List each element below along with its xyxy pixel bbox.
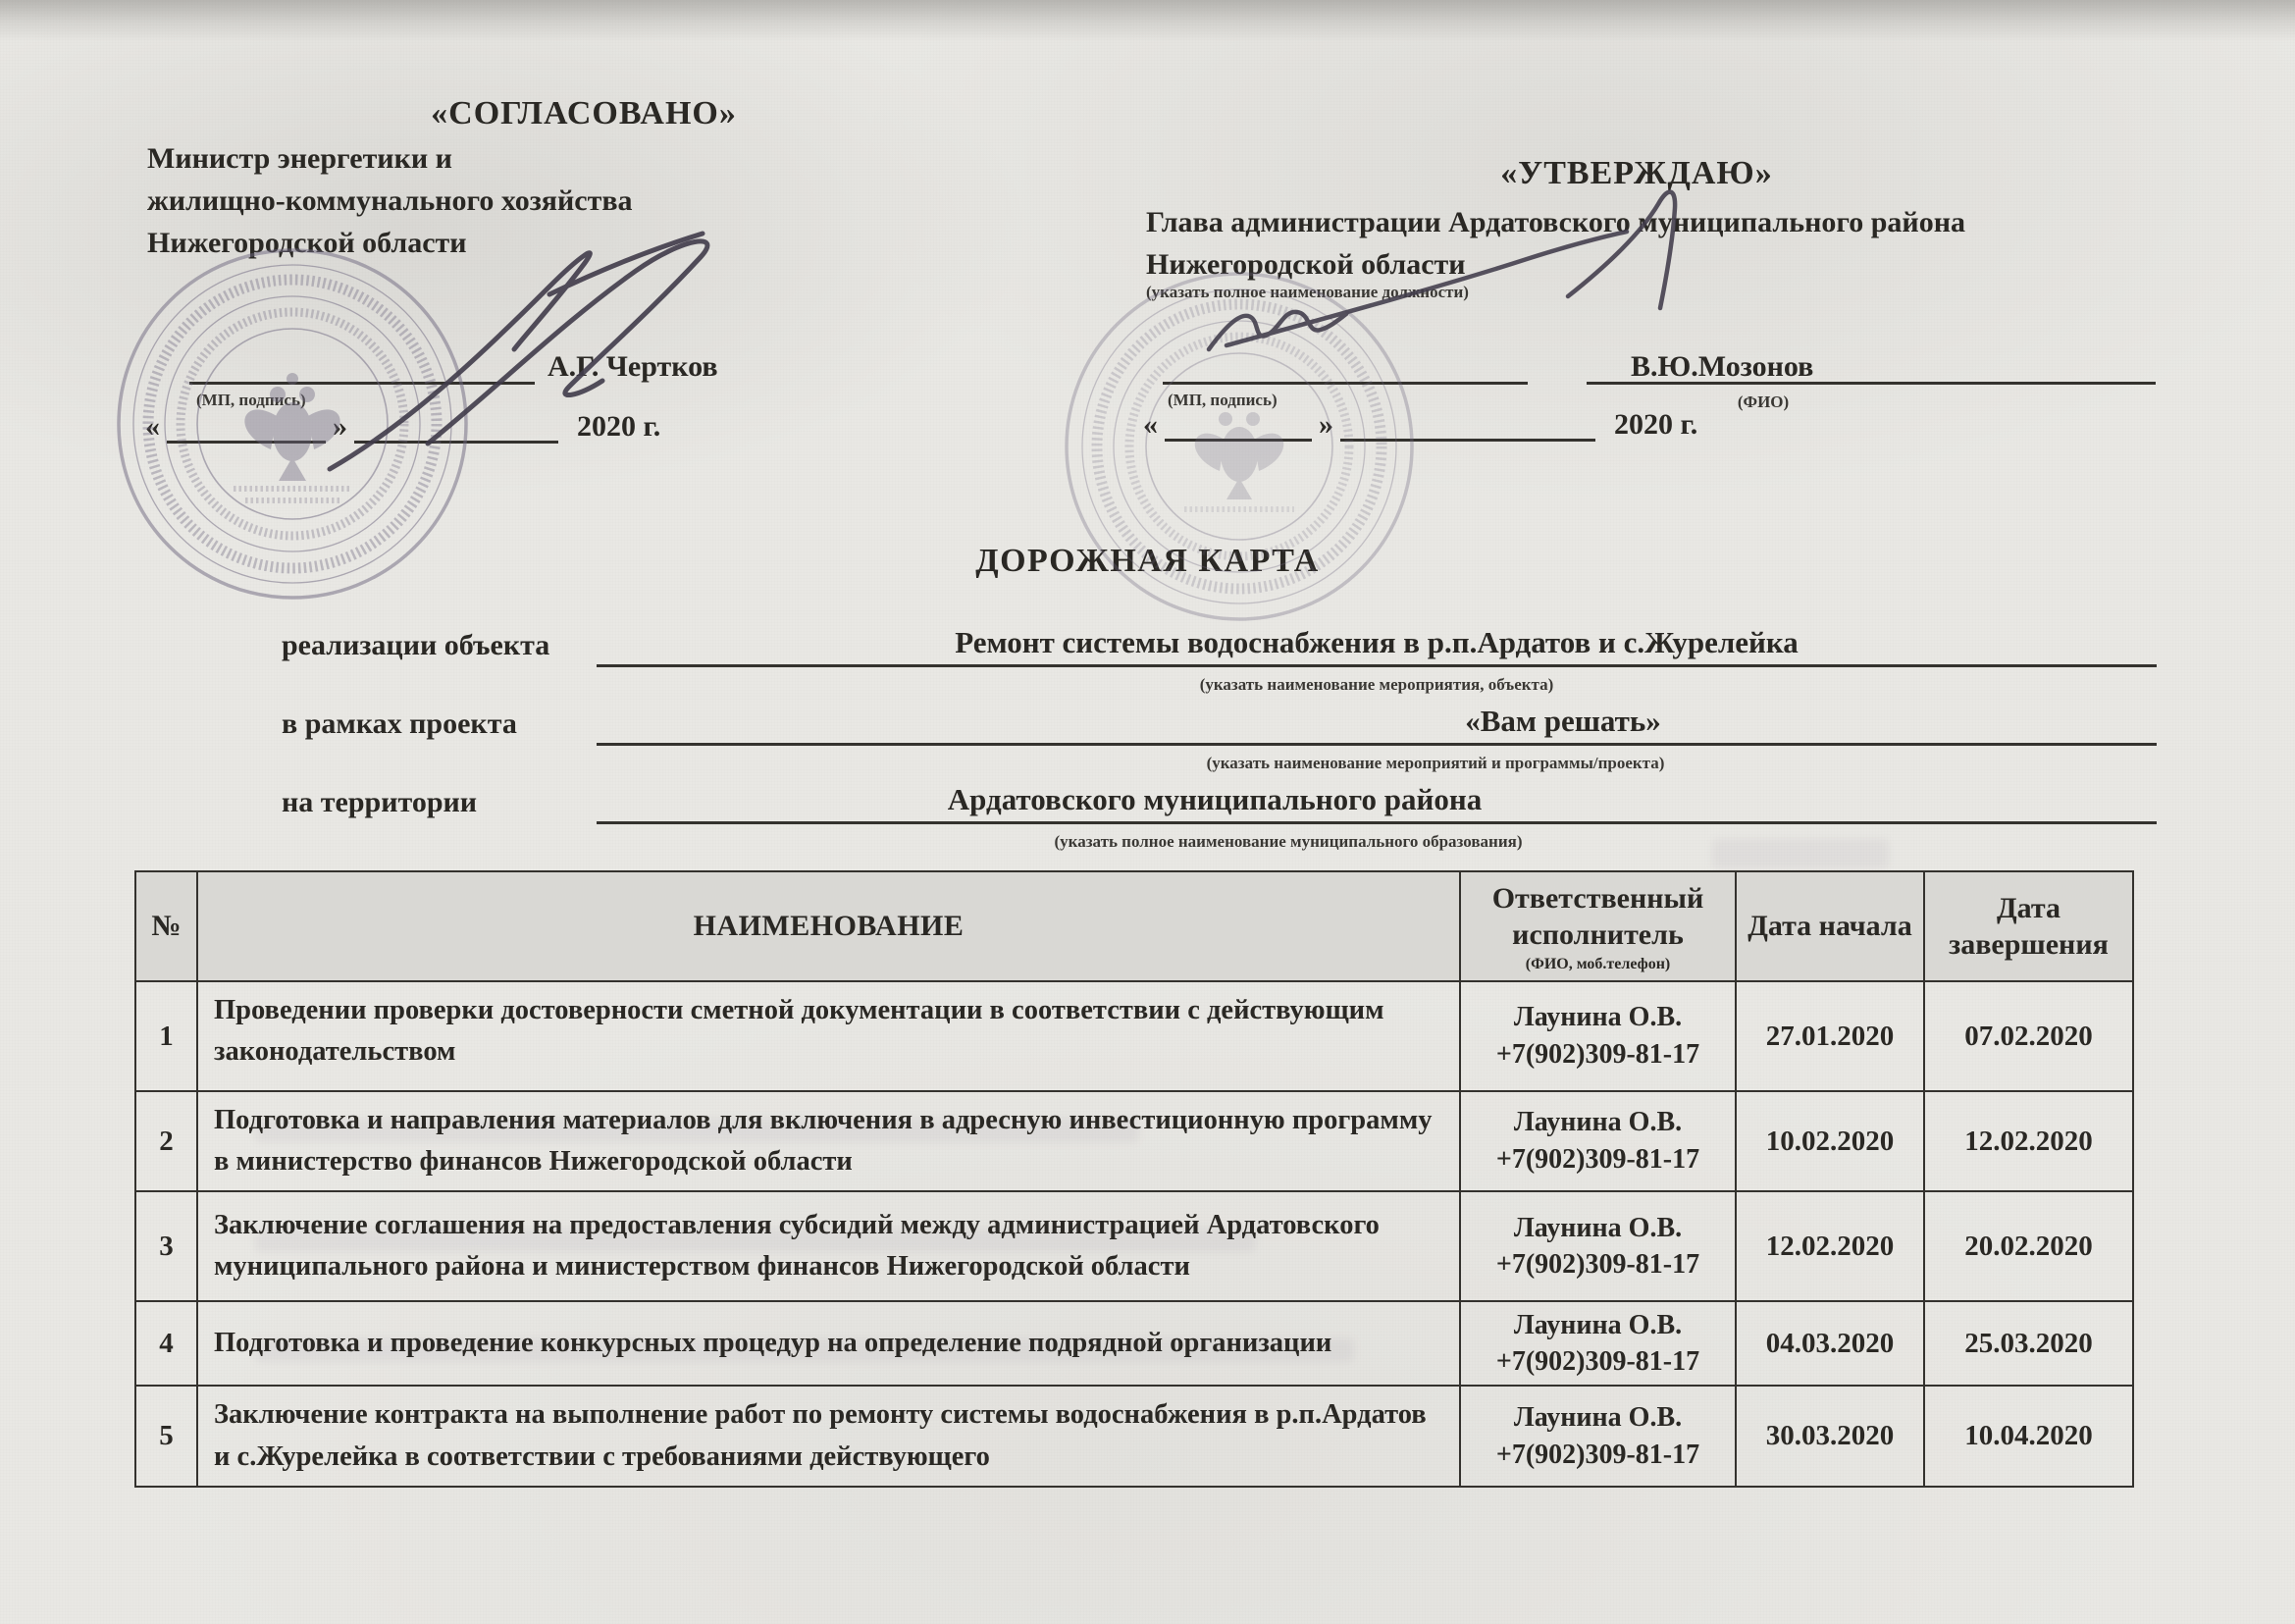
row-responsible: Лаунина О.В. +7(902)309-81-17 [1460, 1091, 1736, 1191]
blank-day-line [1165, 409, 1312, 442]
field-territory-label: на территории [282, 786, 477, 819]
responsible-name: Лаунина О.В. [1463, 1399, 1733, 1437]
responsible-phone: +7(902)309-81-17 [1463, 1141, 1733, 1179]
row-name: Подготовка и направления материалов для … [197, 1091, 1460, 1191]
scan-edge-artifact [0, 0, 2295, 41]
table-header-row: № НАИМЕНОВАНИЕ Ответственный исполнитель… [135, 871, 2133, 981]
col-header-num: № [135, 871, 197, 981]
year-label: 2020 г. [577, 410, 660, 443]
table-row: 4 Подготовка и проведение конкурсных про… [135, 1301, 2133, 1386]
row-start-date: 04.03.2020 [1736, 1301, 1924, 1386]
approval-right-header: «УТВЕРЖДАЮ» [1146, 155, 2127, 192]
responsible-phone: +7(902)309-81-17 [1463, 1437, 1733, 1474]
roadmap-table: № НАИМЕНОВАНИЕ Ответственный исполнитель… [134, 870, 2134, 1488]
row-start-date: 10.02.2020 [1736, 1091, 1924, 1191]
approval-left-signatory-name: А.Г. Чертков [548, 345, 718, 388]
approval-left-position-line1: Министр энергетики и [147, 137, 452, 180]
position-hint: (указать полное наименование должности) [1146, 283, 1469, 302]
responsible-phone: +7(902)309-81-17 [1463, 1036, 1733, 1074]
field-project-hint: (указать наименование мероприятий и прог… [597, 754, 2157, 773]
row-name: Заключение контракта на выполнение работ… [197, 1386, 1460, 1486]
row-num: 1 [135, 981, 197, 1091]
row-responsible: Лаунина О.В. +7(902)309-81-17 [1460, 1386, 1736, 1486]
table-row: 5 Заключение контракта на выполнение раб… [135, 1386, 2133, 1486]
scanned-document-page: «СОГЛАСОВАНО» Министр энергетики и жилищ… [0, 0, 2295, 1624]
col-header-responsible: Ответственный исполнитель (ФИО, моб.теле… [1460, 871, 1736, 981]
row-num: 5 [135, 1386, 197, 1486]
row-num: 4 [135, 1301, 197, 1386]
table-row: 1 Проведении проверки достоверности смет… [135, 981, 2133, 1091]
responsible-name: Лаунина О.В. [1463, 999, 1733, 1036]
col-header-end-date: Дата завершения [1924, 871, 2133, 981]
quote-close: » [1319, 408, 1333, 441]
field-project-line [597, 743, 2157, 746]
signature-line [1163, 382, 1528, 385]
blank-month-line [354, 411, 558, 444]
field-project-label: в рамках проекта [282, 707, 517, 741]
approval-left-position-line2: жилищно-коммунального хозяйства [147, 180, 633, 222]
approval-right-position-line1: Глава администрации Ардатовского муницип… [1146, 201, 1965, 243]
row-end-date: 25.03.2020 [1924, 1301, 2133, 1386]
approval-left-header: «СОГЛАСОВАНО» [147, 95, 1020, 132]
mp-signature-hint: (МП, подпись) [196, 391, 306, 410]
col-header-responsible-label: Ответственный исполнитель [1492, 882, 1704, 952]
quote-close: » [333, 410, 347, 443]
row-start-date: 30.03.2020 [1736, 1386, 1924, 1486]
document-title: ДОРОЖНАЯ КАРТА [0, 543, 2295, 580]
responsible-name: Лаунина О.В. [1463, 1210, 1733, 1247]
field-territory-line [597, 821, 2157, 824]
blank-day-line [167, 411, 326, 444]
field-project-value: «Вам решать» [597, 704, 2157, 739]
row-end-date: 07.02.2020 [1924, 981, 2133, 1091]
col-header-name: НАИМЕНОВАНИЕ [197, 871, 1460, 981]
field-object-value: Ремонт системы водоснабжения в р.п.Ардат… [597, 625, 2157, 660]
row-responsible: Лаунина О.В. +7(902)309-81-17 [1460, 981, 1736, 1091]
row-name: Подготовка и проведение конкурсных проце… [197, 1301, 1460, 1386]
approval-right-position-line2: Нижегородской области [1146, 243, 1466, 286]
row-name: Проведении проверки достоверности сметно… [197, 981, 1460, 1091]
responsible-phone: +7(902)309-81-17 [1463, 1246, 1733, 1283]
col-header-responsible-hint: (ФИО, моб.телефон) [1467, 956, 1729, 973]
row-start-date: 12.02.2020 [1736, 1191, 1924, 1301]
row-responsible: Лаунина О.В. +7(902)309-81-17 [1460, 1191, 1736, 1301]
row-num: 3 [135, 1191, 197, 1301]
row-end-date: 10.04.2020 [1924, 1386, 2133, 1486]
approval-left-date-line: «»2020 г. [145, 410, 660, 444]
field-object-hint: (указать наименование мероприятия, объек… [597, 675, 2157, 695]
row-start-date: 27.01.2020 [1736, 981, 1924, 1091]
table-row: 2 Подготовка и направления материалов дл… [135, 1091, 2133, 1191]
approval-right-date-line: «»2020 г. [1143, 408, 1697, 442]
table-row: 3 Заключение соглашения на предоставлени… [135, 1191, 2133, 1301]
approval-left-position-line3: Нижегородской области [147, 222, 467, 264]
quote-open: « [145, 410, 160, 443]
row-num: 2 [135, 1091, 197, 1191]
field-territory-hint: (указать полное наименование муниципальн… [597, 832, 2157, 852]
signature-line [189, 382, 535, 385]
mp-signature-hint: (МП, подпись) [1168, 391, 1278, 410]
responsible-name: Лаунина О.В. [1463, 1104, 1733, 1141]
blank-month-line [1340, 409, 1595, 442]
approval-right-signatory-name: В.Ю.Мозонов [1631, 345, 1813, 388]
row-end-date: 20.02.2020 [1924, 1191, 2133, 1301]
row-responsible: Лаунина О.В. +7(902)309-81-17 [1460, 1301, 1736, 1386]
field-territory-value: Ардатовского муниципального района [597, 782, 2157, 817]
responsible-phone: +7(902)309-81-17 [1463, 1343, 1733, 1381]
quote-open: « [1143, 408, 1158, 441]
row-end-date: 12.02.2020 [1924, 1091, 2133, 1191]
col-header-start-date: Дата начала [1736, 871, 1924, 981]
row-name: Заключение соглашения на предоставления … [197, 1191, 1460, 1301]
field-object-label: реализации объекта [282, 629, 549, 662]
responsible-name: Лаунина О.В. [1463, 1307, 1733, 1344]
year-label: 2020 г. [1614, 408, 1697, 441]
field-object-line [597, 664, 2157, 667]
